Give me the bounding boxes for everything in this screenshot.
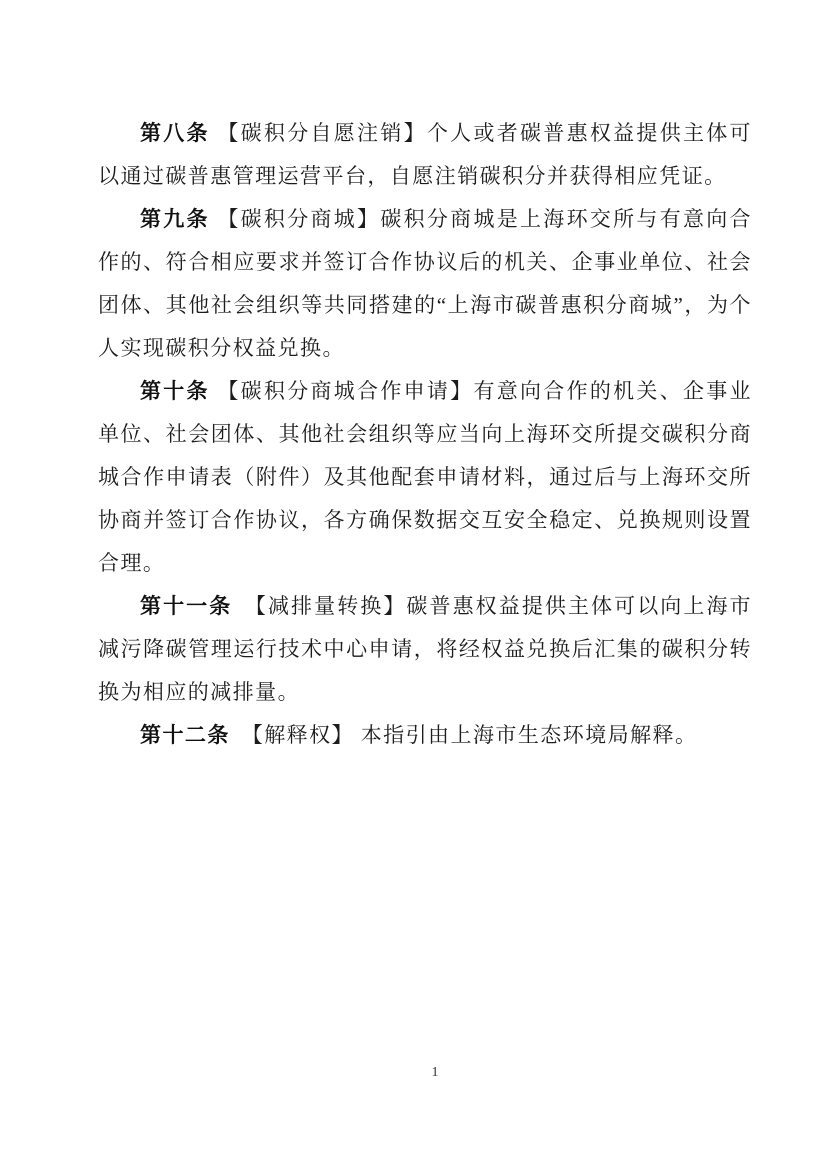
clause-number: 第八条 <box>140 121 210 145</box>
page-number: 1 <box>432 1065 439 1081</box>
clause-text: 【解释权】 本指引由上海市生态环境局解释。 <box>230 723 698 747</box>
document-body: 第八条 【碳积分自愿注销】个人或者碳普惠权益提供主体可以通过碳普惠管理运营平台，… <box>98 112 752 757</box>
clause-number: 第十一条 <box>140 594 232 618</box>
page-footer: 1 <box>0 1063 826 1081</box>
clause-text: 【碳积分商城合作申请】有意向合作的机关、企事业单位、社会团体、其他社会组织等应当… <box>98 379 752 575</box>
clause-number: 第十二条 <box>140 723 230 747</box>
document-page: 第八条 【碳积分自愿注销】个人或者碳普惠权益提供主体可以通过碳普惠管理运营平台，… <box>0 0 826 1169</box>
clause-paragraph: 第八条 【碳积分自愿注销】个人或者碳普惠权益提供主体可以通过碳普惠管理运营平台，… <box>98 112 752 198</box>
clause-number: 第十条 <box>140 379 210 403</box>
clause-paragraph: 第九条 【碳积分商城】碳积分商城是上海环交所与有意向合作的、符合相应要求并签订合… <box>98 198 752 370</box>
clause-paragraph: 第十一条 【减排量转换】碳普惠权益提供主体可以向上海市减污降碳管理运行技术中心申… <box>98 585 752 714</box>
clause-paragraph: 第十条 【碳积分商城合作申请】有意向合作的机关、企事业单位、社会团体、其他社会组… <box>98 370 752 585</box>
clause-paragraph: 第十二条 【解释权】 本指引由上海市生态环境局解释。 <box>98 714 752 757</box>
clause-number: 第九条 <box>140 207 210 231</box>
